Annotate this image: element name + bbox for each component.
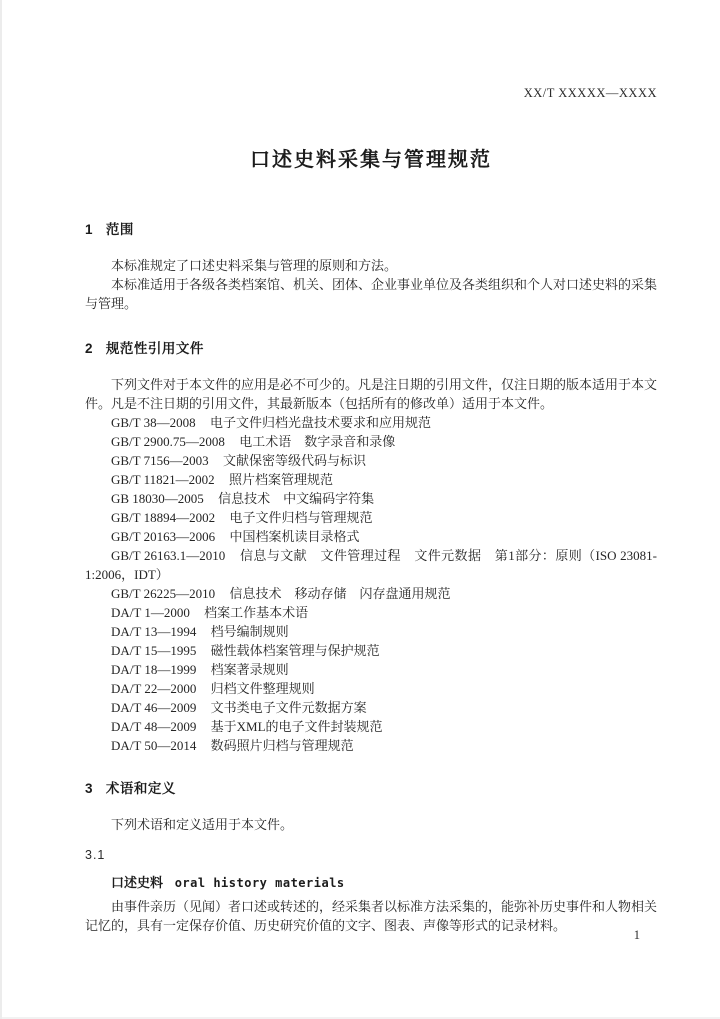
reference-title: 文书类电子文件元数据方案 xyxy=(211,700,367,715)
section-3-number: 3 xyxy=(85,781,93,796)
reference-code: GB 18030—2005 xyxy=(111,491,204,506)
reference-code: DA/T 15—1995 xyxy=(111,643,196,658)
section-2-title: 规范性引用文件 xyxy=(106,341,204,356)
reference-title: 基于XML的电子文件封装规范 xyxy=(211,719,383,734)
reference-item: GB/T 7156—2003文献保密等级代码与标识 xyxy=(85,451,657,470)
section-3-heading: 3术语和定义 xyxy=(85,777,657,797)
section-1-title: 范围 xyxy=(106,222,134,237)
reference-code: GB/T 7156—2003 xyxy=(111,453,209,468)
reference-title: 档案著录规则 xyxy=(211,662,289,677)
term-name-chinese: 口述史料 xyxy=(111,875,163,890)
references-intro: 下列文件对于本文件的应用是必不可少的。凡是注日期的引用文件，仅注日期的版本适用于… xyxy=(85,375,657,413)
reference-code: DA/T 13—1994 xyxy=(111,624,196,639)
reference-item: DA/T 1—2000档案工作基本术语 xyxy=(85,603,657,622)
reference-item: DA/T 22—2000归档文件整理规则 xyxy=(85,679,657,698)
reference-title: 文献保密等级代码与标识 xyxy=(223,453,366,468)
reference-item: DA/T 50—2014数码照片归档与管理规范 xyxy=(85,736,657,755)
section-3-title: 术语和定义 xyxy=(106,781,176,796)
reference-item: GB/T 20163—2006中国档案机读目录格式 xyxy=(85,527,657,546)
reference-title: 中国档案机读目录格式 xyxy=(229,529,359,544)
reference-item: GB/T 26225—2010信息技术 移动存储 闪存盘通用规范 xyxy=(85,584,657,603)
terms-intro: 下列术语和定义适用于本文件。 xyxy=(85,815,657,834)
section-1-number: 1 xyxy=(85,222,93,237)
term-heading: 口述史料oral history materials xyxy=(85,873,657,893)
reference-item: GB 18030—2005信息技术 中文编码字符集 xyxy=(85,489,657,508)
page-number: 1 xyxy=(634,928,640,943)
reference-title: 信息技术 移动存储 闪存盘通用规范 xyxy=(229,586,450,601)
reference-code: GB/T 20163—2006 xyxy=(111,529,215,544)
reference-item: GB/T 18894—2002电子文件归档与管理规范 xyxy=(85,508,657,527)
section-2-number: 2 xyxy=(85,341,93,356)
reference-code: GB/T 2900.75—2008 xyxy=(111,434,225,449)
reference-code: GB/T 26225—2010 xyxy=(111,586,215,601)
reference-title: 档号编制规则 xyxy=(211,624,289,639)
reference-code: DA/T 18—1999 xyxy=(111,662,196,677)
reference-title: 电子文件归档光盘技术要求和应用规范 xyxy=(210,415,431,430)
document-title: 口述史料采集与管理规范 xyxy=(85,143,657,172)
reference-code: DA/T 46—2009 xyxy=(111,700,196,715)
reference-item: DA/T 48—2009基于XML的电子文件封装规范 xyxy=(85,717,657,736)
reference-code: GB/T 38—2008 xyxy=(111,415,196,430)
reference-item: GB/T 38—2008电子文件归档光盘技术要求和应用规范 xyxy=(85,413,657,432)
reference-title: 信息技术 中文编码字符集 xyxy=(218,491,374,506)
scope-paragraph-2: 本标准适用于各级各类档案馆、机关、团体、企业事业单位及各类组织和个人对口述史料的… xyxy=(85,275,657,313)
reference-title: 数码照片归档与管理规范 xyxy=(211,738,354,753)
reference-item: GB/T 26163.1—2010信息与文献 文件管理过程 文件元数据 第1部分… xyxy=(85,546,657,584)
reference-title: 电工术语 数字录音和录像 xyxy=(239,434,395,449)
reference-code: GB/T 11821—2002 xyxy=(111,472,215,487)
page-content: XX/T XXXXX—XXXX 口述史料采集与管理规范 1范围 本标准规定了口述… xyxy=(85,0,657,935)
reference-title: 档案工作基本术语 xyxy=(204,605,308,620)
document-page: XX/T XXXXX—XXXX 口述史料采集与管理规范 1范围 本标准规定了口述… xyxy=(0,0,720,1019)
reference-item: GB/T 11821—2002照片档案管理规范 xyxy=(85,470,657,489)
reference-code: DA/T 1—2000 xyxy=(111,605,190,620)
reference-title: 电子文件归档与管理规范 xyxy=(229,510,372,525)
term-name-english: oral history materials xyxy=(175,876,345,890)
reference-item: DA/T 46—2009文书类电子文件元数据方案 xyxy=(85,698,657,717)
section-scope: 1范围 本标准规定了口述史料采集与管理的原则和方法。 本标准适用于各级各类档案馆… xyxy=(85,218,657,313)
reference-code: DA/T 50—2014 xyxy=(111,738,196,753)
section-normative-references: 2规范性引用文件 下列文件对于本文件的应用是必不可少的。凡是注日期的引用文件，仅… xyxy=(85,337,657,755)
document-code: XX/T XXXXX—XXXX xyxy=(85,0,657,101)
term-number: 3.1 xyxy=(85,848,657,862)
reference-code: DA/T 22—2000 xyxy=(111,681,196,696)
reference-title: 磁性载体档案管理与保护规范 xyxy=(211,643,380,658)
reference-title: 归档文件整理规则 xyxy=(211,681,315,696)
term-definition: 由事件亲历（见闻）者口述或转述的，经采集者以标准方法采集的，能弥补历史事件和人物… xyxy=(85,897,657,935)
reference-code: GB/T 18894—2002 xyxy=(111,510,215,525)
reference-item: GB/T 2900.75—2008电工术语 数字录音和录像 xyxy=(85,432,657,451)
reference-title: 照片档案管理规范 xyxy=(229,472,333,487)
reference-item: DA/T 15—1995磁性载体档案管理与保护规范 xyxy=(85,641,657,660)
reference-item: DA/T 13—1994档号编制规则 xyxy=(85,622,657,641)
scope-paragraph-1: 本标准规定了口述史料采集与管理的原则和方法。 xyxy=(85,256,657,275)
reference-code: GB/T 26163.1—2010 xyxy=(111,548,225,563)
section-terms-definitions: 3术语和定义 下列术语和定义适用于本文件。 3.1 口述史料oral histo… xyxy=(85,777,657,935)
reference-item: DA/T 18—1999档案著录规则 xyxy=(85,660,657,679)
reference-code: DA/T 48—2009 xyxy=(111,719,196,734)
section-2-heading: 2规范性引用文件 xyxy=(85,337,657,357)
section-1-heading: 1范围 xyxy=(85,218,657,238)
reference-list: GB/T 38—2008电子文件归档光盘技术要求和应用规范 GB/T 2900.… xyxy=(85,413,657,755)
